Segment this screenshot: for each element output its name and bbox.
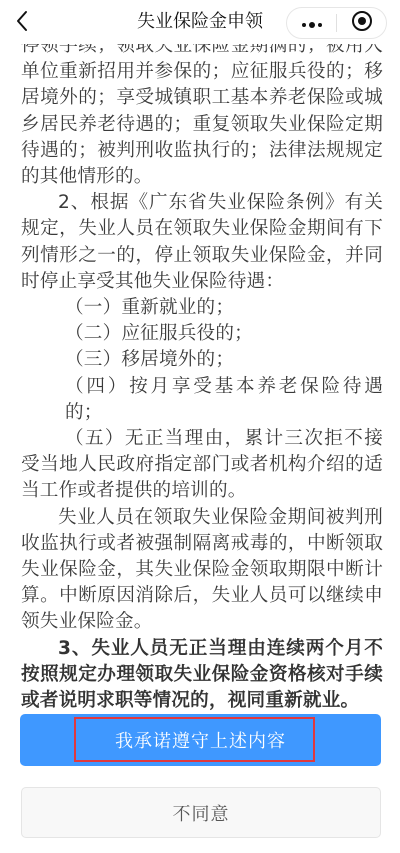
list-item-emigrated: （三）移居境外的； xyxy=(21,347,383,373)
nav-header: 失业保险金申领 xyxy=(0,0,400,44)
disagree-button[interactable]: 不同意 xyxy=(21,787,381,838)
paragraph-imprisonment: 失业人员在领取失业保险金期间被判刑收监执行或者被强制隔离戒毒的，中断领取失业保险… xyxy=(21,505,383,636)
paragraph-verification-rule: 3、失业人员无正当理由连续两个月不按照规定办理领取失业保险金资格核对手续或者说明… xyxy=(21,636,383,715)
page: 停领手续；领取失业保险金期满的；被用人单位重新招用并参保的；应征服兵役的；移居境… xyxy=(0,0,400,853)
agree-commit-button[interactable]: 我承诺遵守上述内容 xyxy=(20,714,381,766)
paragraph-guangdong-regulation: 2、根据《广东省失业保险条例》有关规定，失业人员在领取失业保险金期间有下列情形之… xyxy=(21,190,383,295)
mini-program-capsule xyxy=(286,7,387,39)
close-miniprogram-button[interactable] xyxy=(337,8,386,38)
target-close-icon xyxy=(351,10,373,36)
list-item-refused-work: （五）无正当理由，累计三次拒不接受当地人民政府指定部门或者机构介绍的适当工作或者… xyxy=(21,426,383,505)
list-item-reemployed: （一）重新就业的； xyxy=(21,295,383,321)
more-button[interactable] xyxy=(287,8,336,38)
paragraph-stop-conditions: 停领手续；领取失业保险金期满的；被用人单位重新招用并参保的；应征服兵役的；移居境… xyxy=(21,33,383,190)
list-item-military-service: （二）应征服兵役的； xyxy=(21,321,383,347)
more-dots-icon xyxy=(300,14,324,33)
list-item-pension: （四）按月享受基本养老保险待遇的； xyxy=(21,374,383,426)
terms-content: 停领手续；领取失业保险金期满的；被用人单位重新招用并参保的；应征服兵役的；移居境… xyxy=(21,33,383,714)
